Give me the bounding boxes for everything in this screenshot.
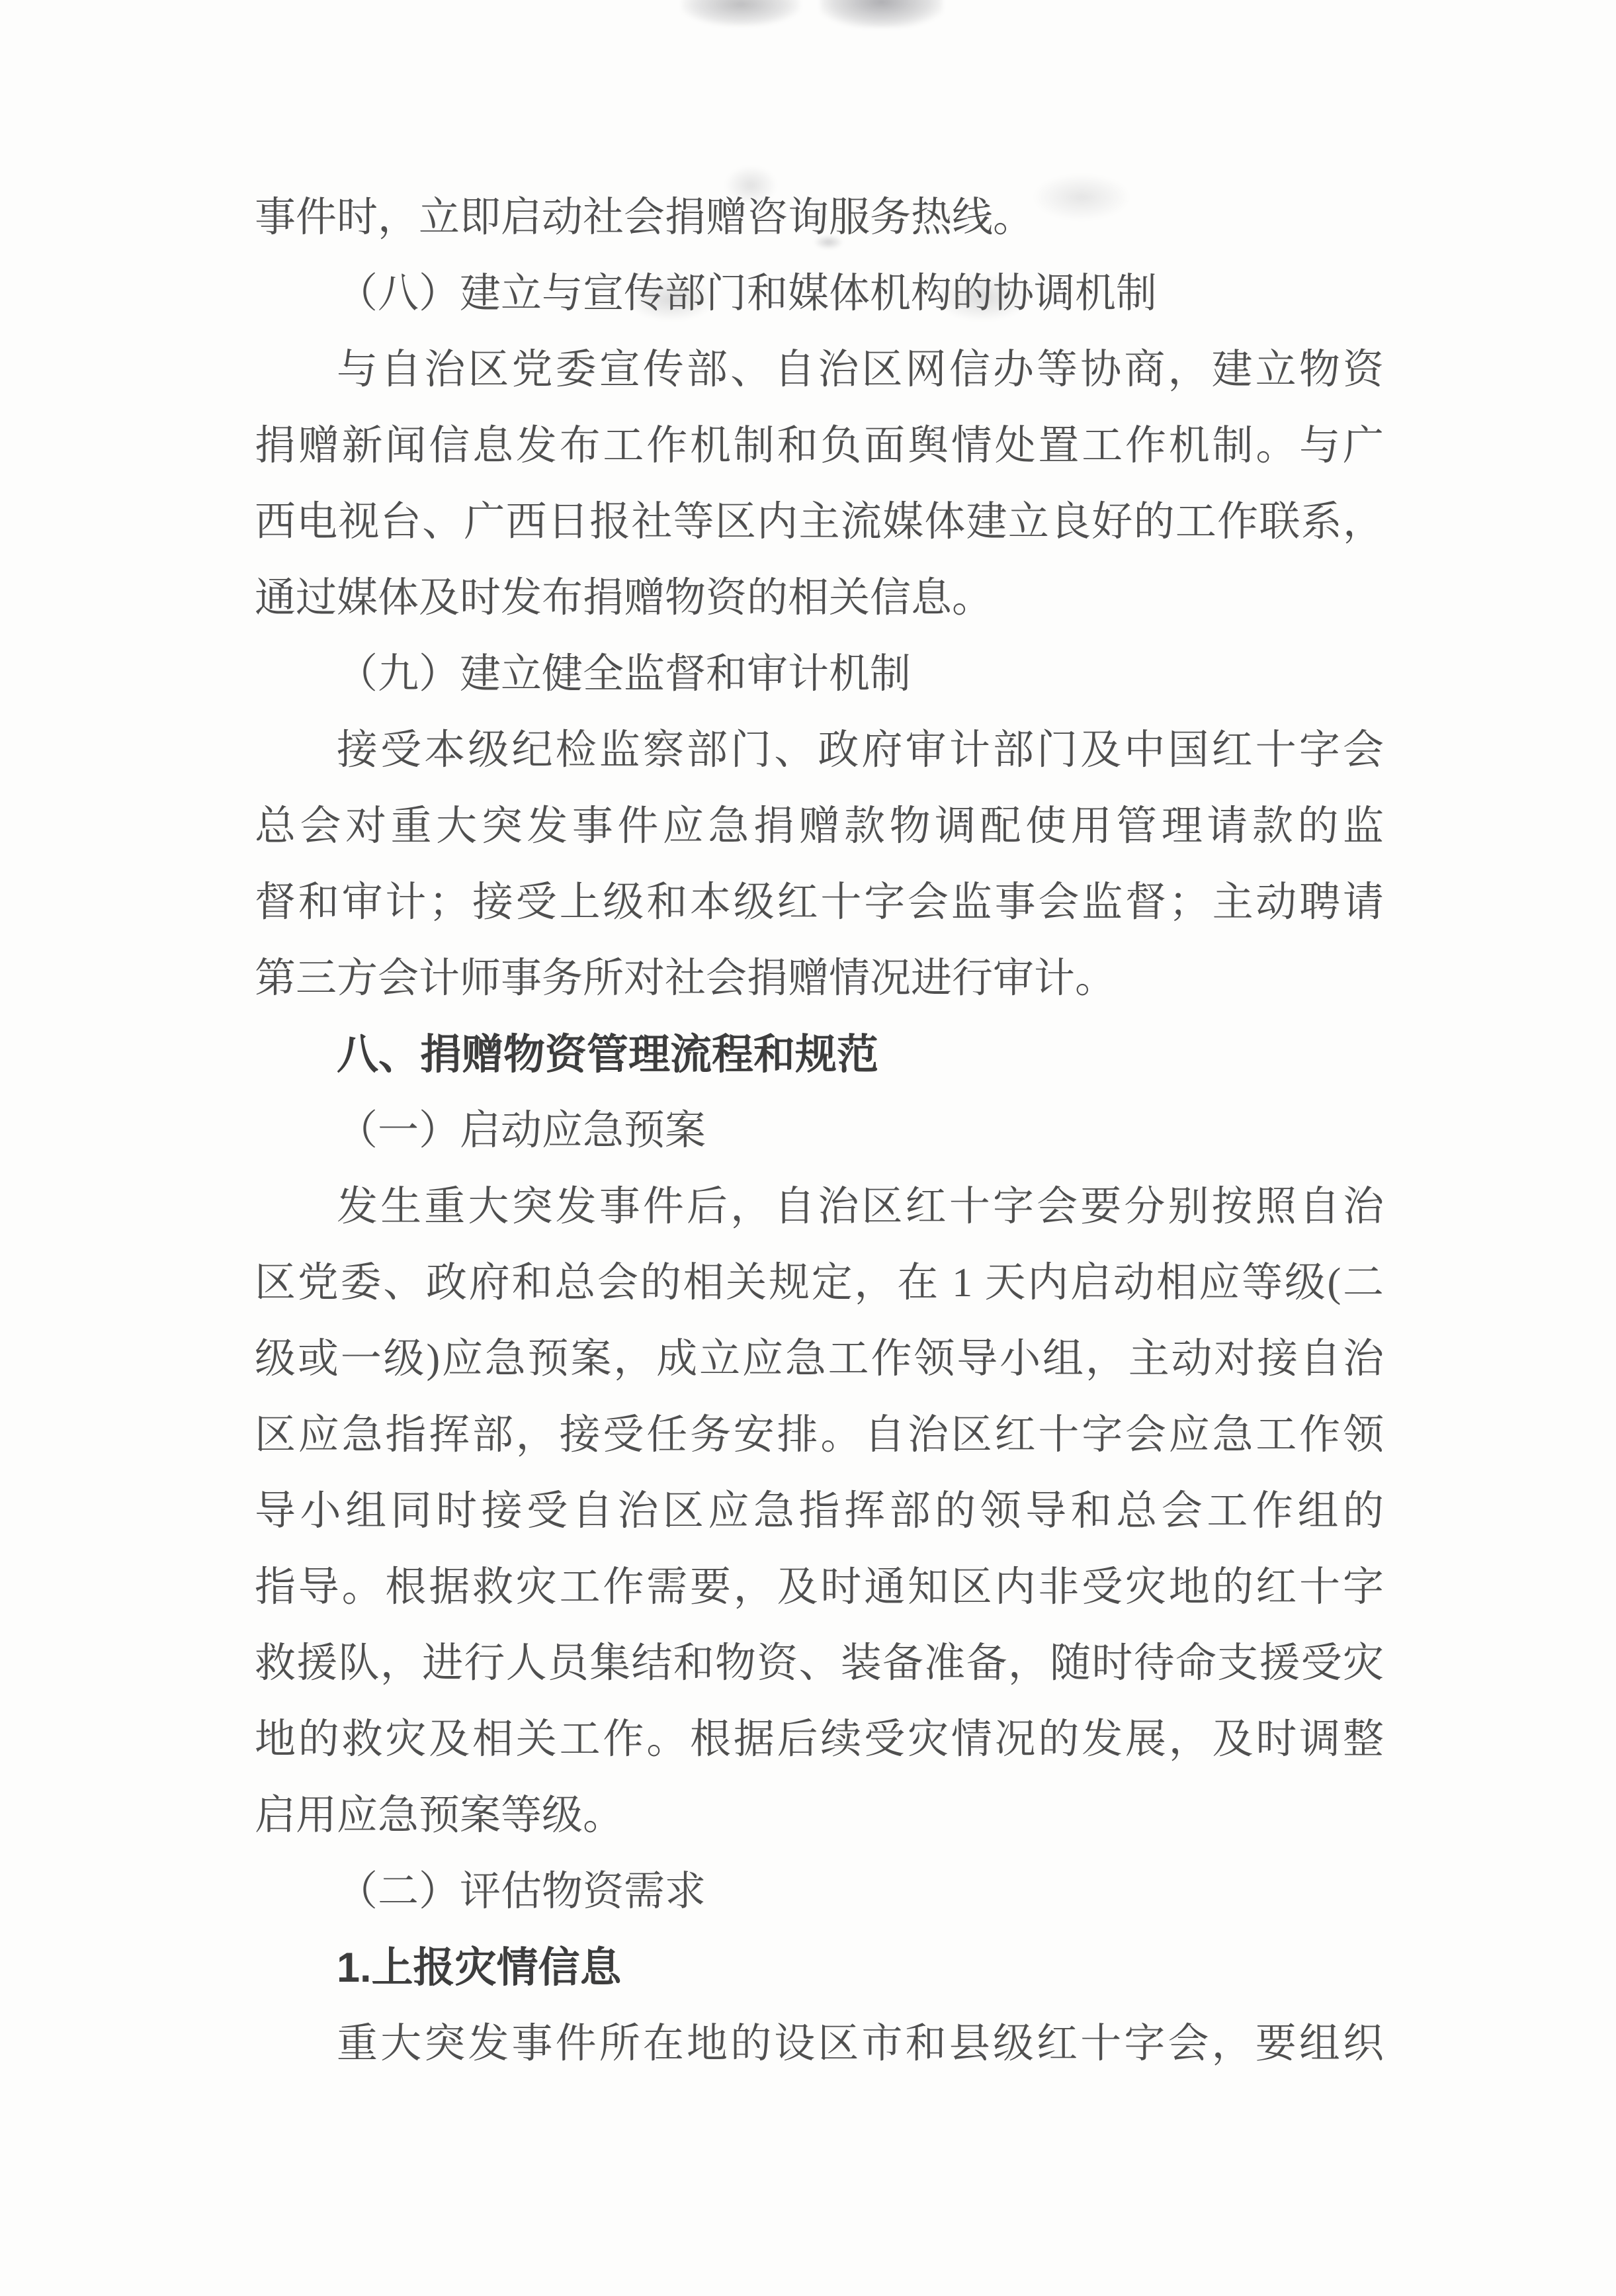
scan-smudge [681,0,800,26]
text-line: 事件时，立即启动社会捐赠咨询服务热线。 [255,180,1384,256]
text-line: 级或一级)应急预案，成立应急工作领导小组，主动对接自治 [255,1321,1384,1397]
text-line: 区应急指挥部，接受任务安排。自治区红十字会应急工作领 [255,1397,1384,1474]
document-text: 事件时，立即启动社会捐赠咨询服务热线。（八）建立与宣传部门和媒体机构的协调机制与… [255,180,1384,2082]
text-line: 重大突发事件所在地的设区市和县级红十字会，要组织 [255,2006,1384,2082]
text-line: 救援队，进行人员集结和物资、装备准备，随时待命支援受灾 [255,1626,1384,1702]
text-line: 总会对重大突发事件应急捐赠款物调配使用管理请款的监 [255,789,1384,865]
text-line: 督和审计；接受上级和本级红十字会监事会监督；主动聘请 [255,865,1384,941]
text-line: （一）启动应急预案 [255,1093,1384,1169]
text-line: （九）建立健全监督和审计机制 [255,637,1384,713]
text-line: 八、捐赠物资管理流程和规范 [255,1017,1384,1093]
text-line: 第三方会计师事务所对社会捐赠情况进行审计。 [255,941,1384,1017]
text-line: 通过媒体及时发布捐赠物资的相关信息。 [255,560,1384,637]
text-line: 启用应急预案等级。 [255,1778,1384,1854]
text-line: 指导。根据救灾工作需要，及时通知区内非受灾地的红十字 [255,1550,1384,1626]
text-line: 地的救灾及相关工作。根据后续受灾情况的发展，及时调整 [255,1702,1384,1778]
text-line: 区党委、政府和总会的相关规定，在 1 天内启动相应等级(二 [255,1245,1384,1321]
text-line: 捐赠新闻信息发布工作机制和负面舆情处置工作机制。与广 [255,408,1384,484]
scan-smudge [820,0,943,28]
text-line: （八）建立与宣传部门和媒体机构的协调机制 [255,256,1384,332]
text-line: （二）评估物资需求 [255,1854,1384,1930]
text-line: 发生重大突发事件后，自治区红十字会要分别按照自治 [255,1169,1384,1245]
text-line: 西电视台、广西日报社等区内主流媒体建立良好的工作联系， [255,484,1384,560]
text-line: 与自治区党委宣传部、自治区网信办等协商，建立物资 [255,332,1384,408]
text-line: 导小组同时接受自治区应急指挥部的领导和总会工作组的 [255,1474,1384,1550]
text-line: 1.上报灾情信息 [255,1930,1384,2006]
text-line: 接受本级纪检监察部门、政府审计部门及中国红十字会 [255,713,1384,789]
scanned-document-page: 事件时，立即启动社会捐赠咨询服务热线。（八）建立与宣传部门和媒体机构的协调机制与… [0,0,1616,2296]
